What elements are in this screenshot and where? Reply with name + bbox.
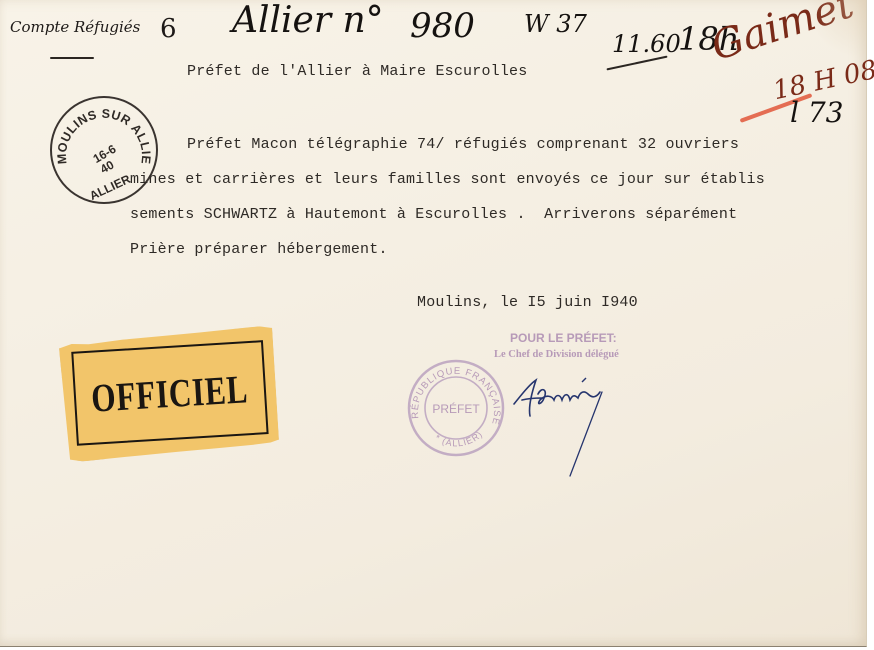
handwritten-w37: W 37: [524, 10, 587, 38]
signature: [508, 372, 618, 487]
typed-header: Préfet de l'Allier à Maire Escurolles: [187, 63, 527, 80]
officiel-label-border: OFFICIEL: [71, 340, 268, 446]
body-line-4: Prière préparer hébergement.: [130, 241, 388, 258]
handwritten-bottom-code: l 73: [790, 96, 843, 129]
officiel-label: OFFICIEL: [58, 326, 279, 463]
body-line-1: Préfet Macon télégraphie 74/ réfugiés co…: [187, 136, 739, 153]
signature-block-line2: Le Chef de Division délégué: [494, 349, 619, 360]
handwritten-note-compte-refugies: Compte Réfugiés: [10, 18, 140, 36]
body-line-3: sements SCHWARTZ à Hautemont à Escurolle…: [130, 206, 737, 223]
handwritten-allier-no: Allier n°: [232, 0, 384, 41]
dateline: Moulins, le I5 juin I940: [417, 294, 638, 311]
note-underline: [50, 57, 94, 59]
document-sheet: Compte Réfugiés 6 Allier n° 980 W 37 11.…: [0, 0, 867, 647]
svg-text:ALLIER: ALLIER: [87, 172, 132, 202]
svg-text:PRÉFET: PRÉFET: [432, 401, 480, 416]
handwritten-time: 11.60: [612, 30, 681, 58]
body-line-2: mines et carrières et leurs familles son…: [130, 171, 765, 188]
signature-block-line1: POUR LE PRÉFET:: [510, 331, 617, 345]
handwritten-number-980: 980: [410, 6, 475, 46]
handwritten-red-name: Gaimet: [706, 0, 859, 70]
prefect-stamp: RÉPUBLIQUE FRANÇAISE * (ALLIER) * PRÉFET: [406, 358, 504, 456]
officiel-label-text: OFFICIEL: [90, 365, 250, 422]
handwritten-number-6: 6: [160, 14, 177, 44]
